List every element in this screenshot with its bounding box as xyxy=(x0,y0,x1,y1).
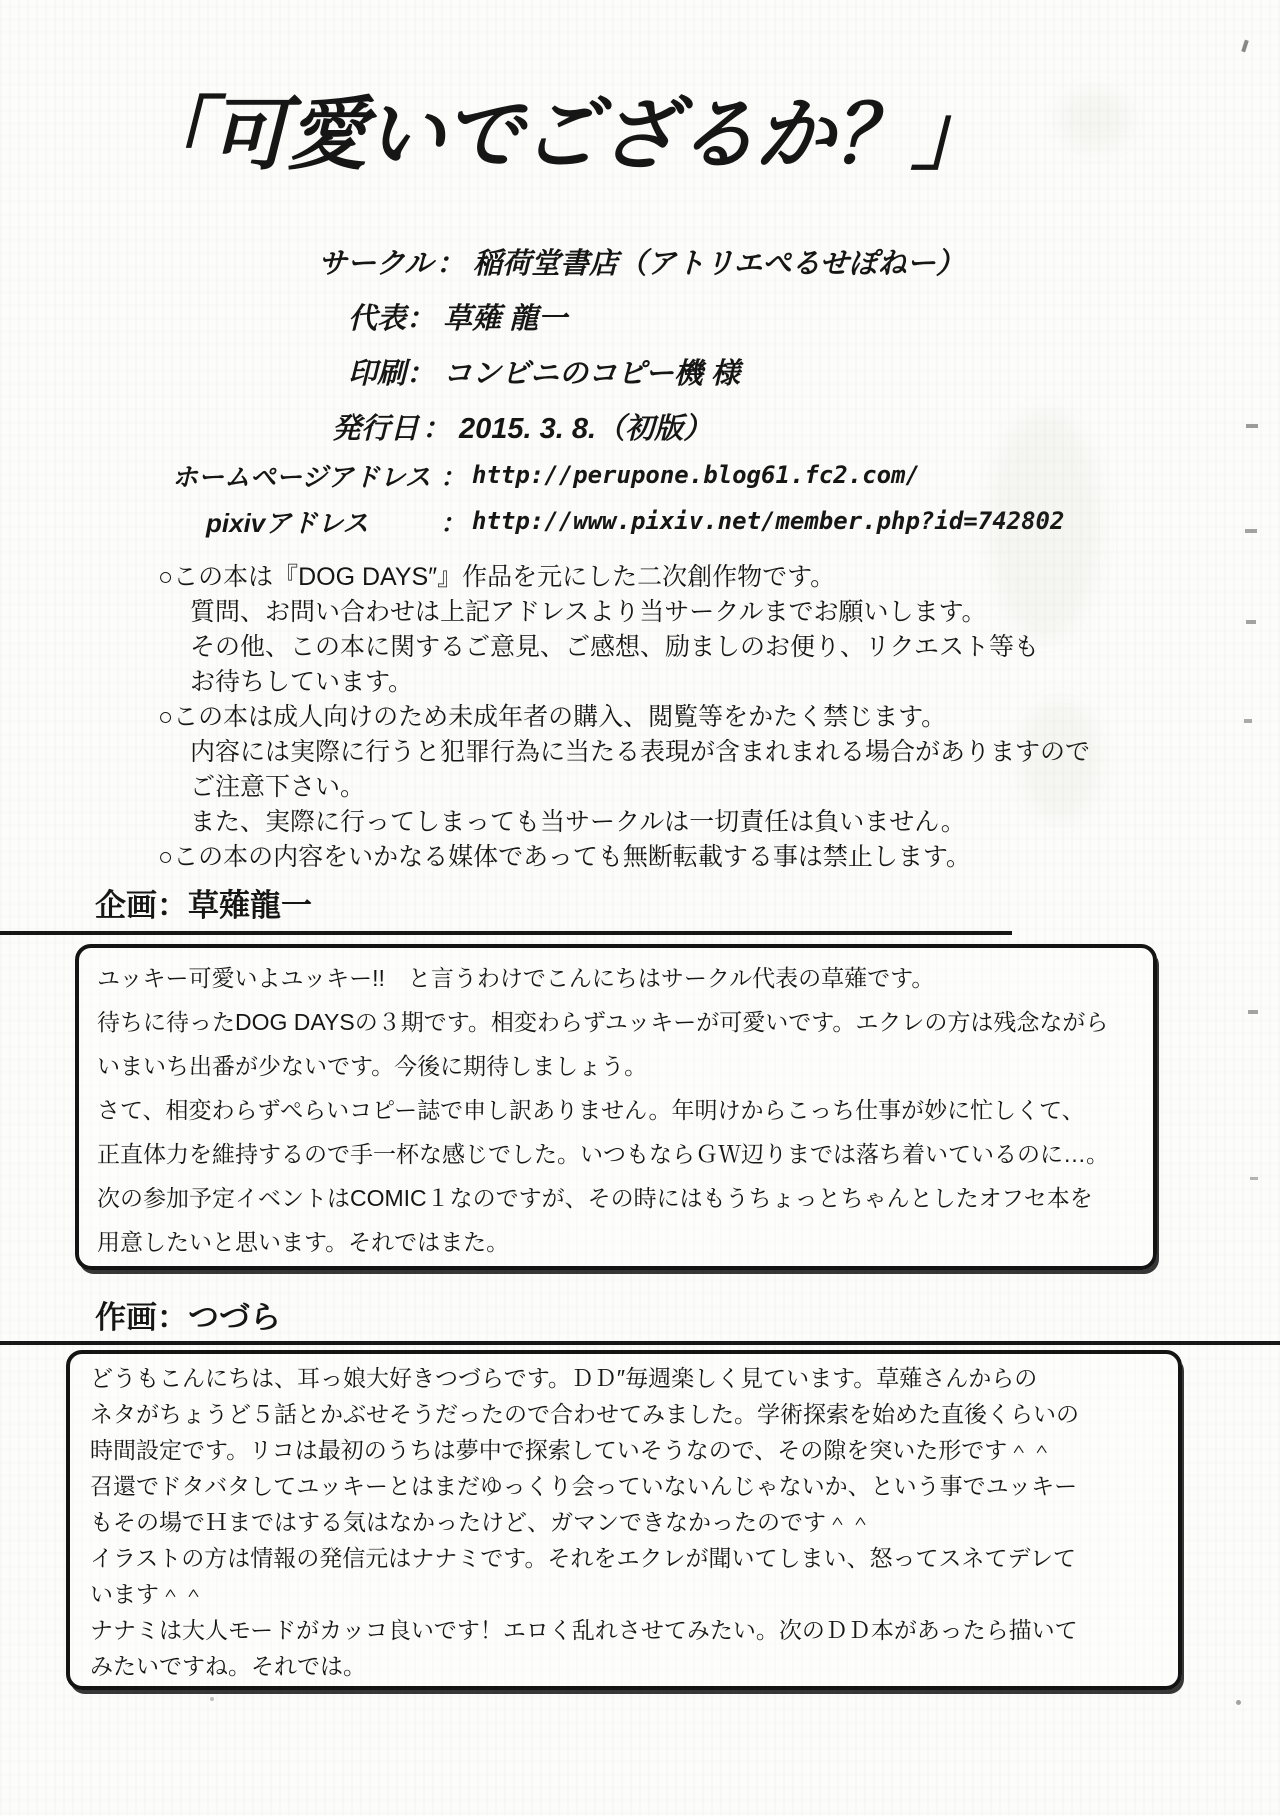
comment-line: いまいち出番が少ないです。今後に期待しましょう。 xyxy=(97,1044,1135,1088)
colophon-row-publish-date: 発行日：2015. 3. 8.（初版） xyxy=(318,399,965,454)
section-art-heading: 作画：つづら xyxy=(95,1292,281,1337)
notice-line: ○この本は『DOG DAYS″』作品を元にした二次創作物です。 xyxy=(158,560,1090,595)
comment-line: どうもこんにちは、耳っ娘大好きつづらです。ＤＤ″毎週楽しく見ています。草薙さんか… xyxy=(90,1360,1158,1396)
scan-artifact xyxy=(1236,1700,1241,1705)
colophon-row-representative: 代表：草薙 龍一 xyxy=(318,289,965,344)
colon: ： xyxy=(440,503,466,540)
address-label: pixivアドレス xyxy=(172,503,440,540)
colophon: サークル：稲荷堂書店（アトリエぺるせぽねー） 代表：草薙 龍一 印刷：コンビニの… xyxy=(318,234,965,454)
colon: ： xyxy=(436,241,465,282)
scan-artifact xyxy=(1250,1177,1258,1180)
colon: ： xyxy=(406,296,435,337)
address-label: ホームページアドレス xyxy=(172,457,440,494)
comment-line: 待ちに待ったDOG DAYSの３期です。相変わらずユッキーが可愛いです。エクレの… xyxy=(97,1000,1135,1044)
address-list: ホームページアドレス：http://perupone.blog61.fc2.co… xyxy=(172,452,1064,544)
scan-artifact xyxy=(1246,424,1258,428)
scan-artifact xyxy=(1241,40,1249,53)
colon: ： xyxy=(406,351,435,392)
heading-rule xyxy=(0,1341,1280,1345)
art-comment-box: どうもこんにちは、耳っ娘大好きつづらです。ＤＤ″毎週楽しく見ています。草薙さんか… xyxy=(66,1350,1182,1690)
notice-line: お待ちしています。 xyxy=(158,665,1090,700)
colophon-label: サークル xyxy=(318,241,436,282)
heading-rule xyxy=(0,931,1012,935)
colon: ： xyxy=(440,457,466,494)
colophon-row-circle: サークル：稲荷堂書店（アトリエぺるせぽねー） xyxy=(318,234,965,289)
colophon-value: コンビニのコピー機 様 xyxy=(435,351,740,392)
scan-artifact xyxy=(1245,529,1257,533)
comment-line: 用意したいと思います。それではまた。 xyxy=(97,1220,1135,1264)
scan-artifact xyxy=(210,1697,214,1701)
comment-line: ユッキー可愛いよユッキー!! と言うわけでこんにちはサークル代表の草薙です。 xyxy=(97,956,1135,1000)
colophon-label: 代表 xyxy=(318,296,406,337)
comment-line: います＾＾ xyxy=(90,1576,1158,1612)
notice-line: ○この本の内容をいかなる媒体であっても無断転載する事は禁止します。 xyxy=(158,840,1090,875)
scanned-doujin-colophon-page: { "title": "「可愛いでござるか？」", "colophon": { … xyxy=(0,0,1280,1815)
comment-line: みたいですね。それでは。 xyxy=(90,1648,1158,1684)
comment-line: 召還でドタバタしてユッキーとはまだゆっくり会っていないんじゃないか、という事でユ… xyxy=(90,1468,1158,1504)
comment-line: イラストの方は情報の発信元はナナミです。それをエクレが聞いてしまい、怒ってスネて… xyxy=(90,1540,1158,1576)
notice-line: 内容には実際に行うと犯罪行為に当たる表現が含まれまれる場合がありますので xyxy=(158,735,1090,770)
notice-line: ○この本は成人向けのため未成年者の購入、閲覧等をかたく禁じます。 xyxy=(158,700,1090,735)
planning-comment-box: ユッキー可愛いよユッキー!! と言うわけでこんにちはサークル代表の草薙です。 待… xyxy=(75,944,1157,1270)
colophon-label: 印刷 xyxy=(318,351,406,392)
comment-line: 時間設定です。リコは最初のうちは夢中で探索していそうなので、その隙を突いた形です… xyxy=(90,1432,1158,1468)
section-planning-heading: 企画：草薙龍一 xyxy=(95,880,312,925)
notice-line: また、実際に行ってしまっても当サークルは一切責任は負いません。 xyxy=(158,805,1090,840)
comment-line: さて、相変わらずぺらいコピー誌で申し訳ありません。年明けからこっち仕事が妙に忙し… xyxy=(97,1088,1135,1132)
colon: ： xyxy=(422,406,451,447)
notice-line: その他、この本に関するご意見、ご感想、励ましのお便り、リクエスト等も xyxy=(158,630,1090,665)
comment-line: もその場でＨまではする気はなかったけど、ガマンできなかったのです＾＾ xyxy=(90,1504,1158,1540)
disclaimer-notices: ○この本は『DOG DAYS″』作品を元にした二次創作物です。 質問、お問い合わ… xyxy=(158,560,1090,875)
comment-line: ナナミは大人モードがカッコ良いです！エロく乱れさせてみたい。次のＤＤ本があったら… xyxy=(90,1612,1158,1648)
notice-line: 質問、お問い合わせは上記アドレスより当サークルまでお願いします。 xyxy=(158,595,1090,630)
comment-line: ネタがちょうど５話とかぶせそうだったので合わせてみました。学術探索を始めた直後く… xyxy=(90,1396,1158,1432)
scan-artifact xyxy=(1246,620,1256,624)
colophon-value: 2015. 3. 8.（初版） xyxy=(451,406,712,447)
colophon-value: 草薙 龍一 xyxy=(435,296,567,337)
scan-artifact xyxy=(1244,719,1252,723)
colophon-label: 発行日 xyxy=(318,406,422,447)
colophon-value: 稲荷堂書店（アトリエぺるせぽねー） xyxy=(465,241,965,282)
page-title: 「可愛いでござるか？」 xyxy=(0,70,1120,185)
scan-artifact xyxy=(1248,1010,1258,1014)
comment-line: 次の参加予定イベントはCOMIC１なのですが、その時にはもうちょっとちゃんとした… xyxy=(97,1176,1135,1220)
homepage-url: http://perupone.blog61.fc2.com/ xyxy=(466,461,920,489)
comment-line: 正直体力を維持するので手一杯な感じでした。いつもならＧＷ辺りまでは落ち着いている… xyxy=(97,1132,1135,1176)
colophon-row-printing: 印刷：コンビニのコピー機 様 xyxy=(318,344,965,399)
notice-line: ご注意下さい。 xyxy=(158,770,1090,805)
pixiv-url: http://www.pixiv.net/member.php?id=74280… xyxy=(466,507,1064,535)
homepage-address-row: ホームページアドレス：http://perupone.blog61.fc2.co… xyxy=(172,452,1064,498)
pixiv-address-row: pixivアドレス：http://www.pixiv.net/member.ph… xyxy=(172,498,1064,544)
